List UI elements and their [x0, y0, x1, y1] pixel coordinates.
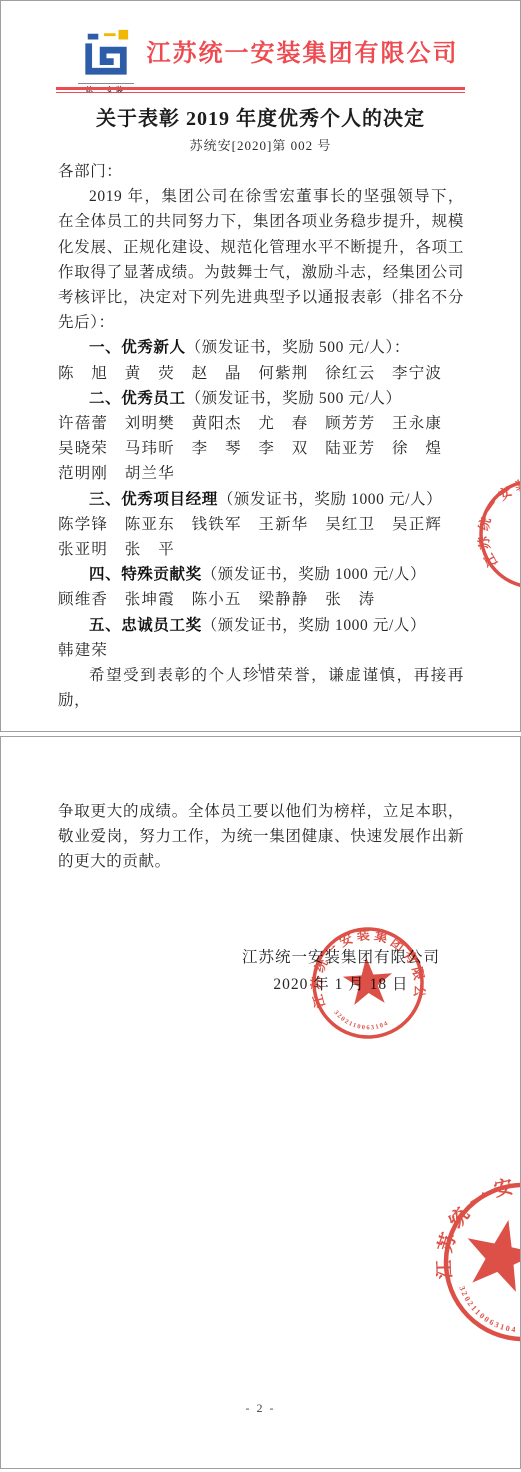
section-4-heading: 四、特殊贡献奖（颁发证书，奖励 1000 元/人） [58, 562, 464, 587]
section-2-names: 许蓓蕾 刘明樊 黄阳杰 尤 春 顾芳芳 王永康 [58, 411, 464, 436]
letterhead: 统一安装 江苏统一安装集团有限公司 [56, 25, 465, 87]
header-rule-thick [56, 87, 465, 90]
seal-star-icon [342, 955, 395, 1005]
section-2-title: 二、优秀员工 [89, 390, 186, 407]
page-number: - 2 - [1, 1401, 520, 1416]
company-name-header: 江苏统一安装集团有限公司 [140, 33, 465, 68]
section-5-title: 五、忠诚员工奖 [89, 617, 202, 634]
section-1-detail: （颁发证书，奖励 500 元/人）： [186, 339, 410, 356]
section-1-names: 陈 旭 黄 荧 赵 晶 何紫荆 徐红云 李宁波 [58, 361, 464, 386]
section-3-detail: （颁发证书，奖励 1000 元/人） [218, 491, 442, 508]
section-5-detail: （颁发证书，奖励 1000 元/人） [202, 617, 426, 634]
section-5-heading: 五、忠诚员工奖（颁发证书，奖励 1000 元/人） [58, 613, 464, 638]
document-page-2: 争取更大的成绩。全体员工要以他们为榜样，立足本职，敬业爱岗，努力工作，为统一集团… [0, 736, 521, 1469]
section-3-names: 张亚明 张 平 [58, 537, 464, 562]
intro-paragraph: 2019 年，集团公司在徐雪宏董事长的坚强领导下，在全体员工的共同努力下，集团各… [58, 184, 464, 335]
document-page-1: 统一安装 江苏统一安装集团有限公司 关于表彰 2019 年度优秀个人的决定 苏统… [0, 0, 521, 732]
header-rule-thin [56, 92, 465, 93]
section-3-names: 陈学锋 陈亚东 钱铁军 王新华 吴红卫 吴正辉 [58, 512, 464, 537]
section-4-detail: （颁发证书，奖励 1000 元/人） [202, 566, 426, 583]
company-seal-partial-page1: 江苏统一安装集团有限公司 [467, 467, 521, 602]
company-seal-main: 江苏统一安装集团有限公司 3202110063104 [292, 907, 444, 1059]
salutation: 各部门： [58, 159, 464, 184]
document-title: 关于表彰 2019 年度优秀个人的决定 [1, 102, 520, 131]
continuation-paragraph: 争取更大的成绩。全体员工要以他们为榜样，立足本职，敬业爱岗，努力工作，为统一集团… [58, 799, 464, 875]
page2-body: 争取更大的成绩。全体员工要以他们为榜样，立足本职，敬业爱岗，努力工作，为统一集团… [58, 799, 464, 875]
section-1-title: 一、优秀新人 [89, 339, 186, 356]
company-logo-icon [80, 27, 132, 77]
company-seal-partial-page2: 江苏统一安装集团有限公司 3202110063104 [436, 1175, 521, 1350]
page1-body: 各部门： 2019 年，集团公司在徐雪宏董事长的坚强领导下，在全体员工的共同努力… [58, 159, 464, 713]
document-number: 苏统安[2020]第 002 号 [1, 135, 520, 154]
company-logo: 统一安装 [78, 27, 134, 95]
section-2-names: 吴晓荣 马玮昕 李 琴 李 双 陆亚芳 徐 煌 [58, 436, 464, 461]
section-3-title: 三、优秀项目经理 [89, 491, 218, 508]
section-3-heading: 三、优秀项目经理（颁发证书，奖励 1000 元/人） [58, 487, 464, 512]
page-number: - 1 - [1, 660, 520, 675]
section-1-heading: 一、优秀新人（颁发证书，奖励 500 元/人）： [58, 335, 464, 360]
section-2-names: 范明刚 胡兰华 [58, 461, 464, 486]
section-4-title: 四、特殊贡献奖 [89, 566, 202, 583]
section-2-heading: 二、优秀员工（颁发证书，奖励 500 元/人） [58, 386, 464, 411]
section-2-detail: （颁发证书，奖励 500 元/人） [186, 390, 402, 407]
section-4-names: 顾维香 张坤霞 陈小五 梁静静 张 涛 [58, 587, 464, 612]
